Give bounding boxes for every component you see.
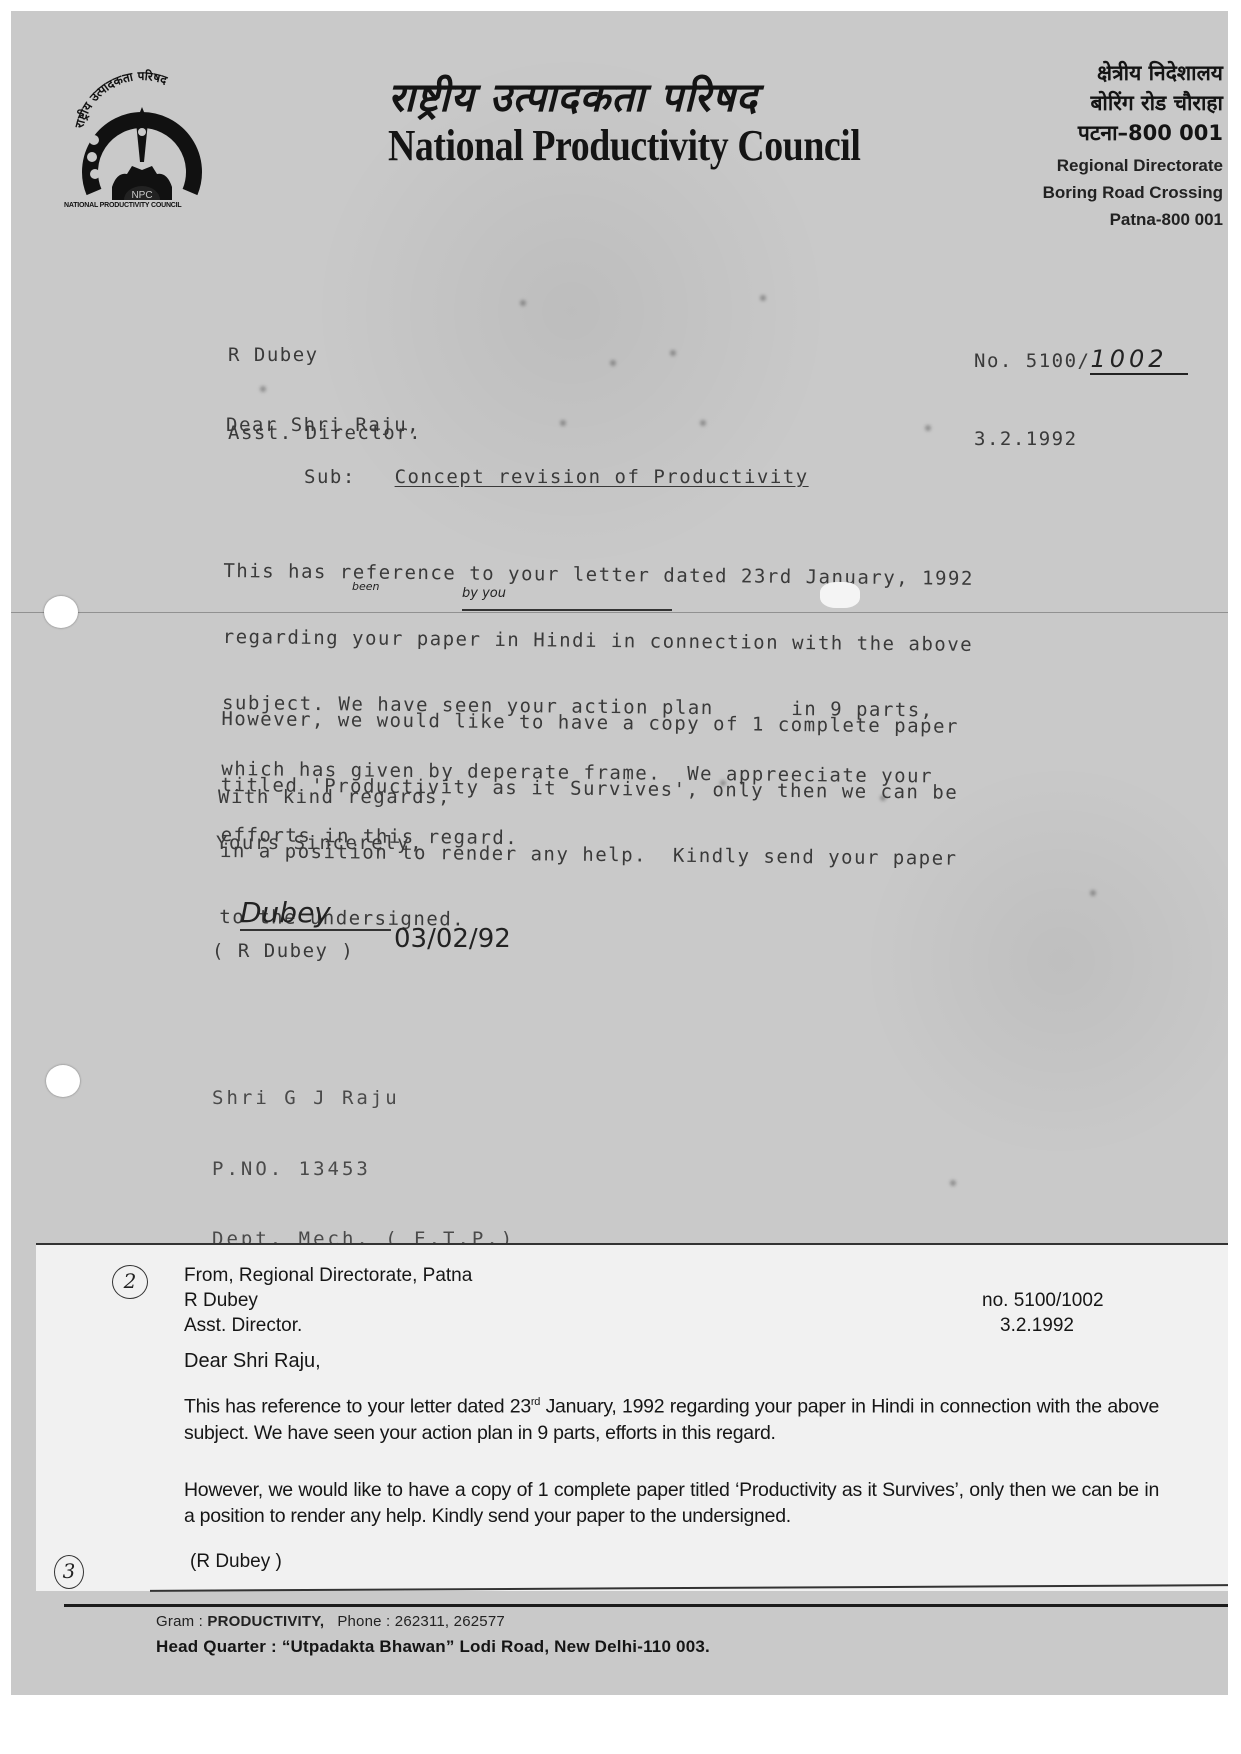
footer-hq-address: Head Quarter : “Utpadakta Bhawan” Lodi R…: [156, 1637, 710, 1657]
punch-hole: [46, 1065, 80, 1097]
letter-date: 3.2.1992: [974, 426, 1188, 452]
paper-speck: [1090, 890, 1096, 896]
sender-block: R Dubey Asst. Director.: [228, 290, 422, 472]
npc-emblem-icon: NPC राष्ट्रीय उत्पादकता परिषद: [62, 62, 222, 212]
signature-name: ( R Dubey ): [212, 940, 354, 962]
slip-signature: (R Dubey ): [190, 1551, 282, 1573]
paragraph-line: regarding your paper in Hindi in connect…: [223, 626, 974, 656]
address-english-line: Boring Road Crossing: [1043, 179, 1223, 206]
paper-speck: [950, 1180, 956, 1186]
address-english-line: Regional Directorate: [1043, 152, 1223, 179]
slip-sender-title: Asst. Director.: [184, 1315, 302, 1337]
subject-label: Sub:: [304, 466, 356, 488]
paper-speck: [610, 360, 616, 366]
paper-speck: [560, 420, 566, 426]
address-hindi-line: पटना–800 001: [1043, 118, 1223, 148]
reference-number: No. 5100/1002: [974, 346, 1188, 374]
recipient-line: P.NO. 13453: [212, 1158, 587, 1182]
paper-speck: [760, 295, 766, 301]
slip-date: 3.2.1992: [1000, 1315, 1074, 1337]
paragraph-line: This has reference to your letter dated …: [223, 560, 974, 590]
logo-caption: NATIONAL PRODUCTIVITY COUNCIL: [64, 202, 181, 209]
svg-text:NPC: NPC: [131, 190, 152, 201]
org-title-english: National Productivity Council: [388, 120, 860, 171]
slip-ref-number: no. 5100/1002: [982, 1290, 1104, 1312]
transcription-slip: 2 3 From, Regional Directorate, Patna R …: [36, 1243, 1228, 1591]
footer-rule: [64, 1604, 1228, 1607]
salutation: Dear Shri Raju,: [226, 414, 420, 436]
address-hindi-line: बोरिंग रोड चौराहा: [1043, 88, 1223, 118]
correction-whiteout: [820, 582, 860, 608]
handwritten-ref-number: 1002: [1090, 345, 1187, 375]
closing-regards: With kind regards,: [218, 786, 451, 808]
strikethrough-mark: [462, 609, 672, 611]
slip-paragraph-2: However, we would like to have a copy of…: [184, 1477, 1159, 1529]
paper-speck: [925, 425, 931, 431]
annotation-number-2: 2: [112, 1265, 148, 1299]
closing-sincerely: Yours Sincerely,: [216, 832, 423, 854]
subject-text: Concept revision of Productivity: [395, 466, 809, 488]
address-english-line: Patna-800 001: [1043, 206, 1223, 233]
paper-speck: [700, 420, 706, 426]
slip-from-line: From, Regional Directorate, Patna: [184, 1265, 472, 1287]
paper-speck: [670, 350, 676, 356]
footer-contact: Gram : PRODUCTIVITY, Phone : 262311, 262…: [156, 1613, 505, 1630]
handwritten-signature-date: 03/02/92: [394, 924, 511, 954]
subject-line: Sub: Concept revision of Productivity: [304, 466, 809, 488]
handwritten-insert-been: been: [352, 580, 380, 593]
address-hindi-line: क्षेत्रीय निदेशालय: [1043, 58, 1223, 88]
paper-speck: [520, 300, 526, 306]
sender-name: R Dubey: [228, 342, 422, 368]
slip-paragraph-1: This has reference to your letter dated …: [184, 1389, 1159, 1446]
punch-hole: [44, 596, 78, 628]
slip-sender-name: R Dubey: [184, 1290, 258, 1312]
annotation-number-3: 3: [54, 1555, 84, 1589]
handwritten-insert-by-you: by you: [462, 586, 506, 601]
paragraph-line: However, we would like to have a copy of…: [221, 708, 959, 738]
regional-address: क्षेत्रीय निदेशालय बोरिंग रोड चौराहा पटन…: [1043, 58, 1223, 233]
reference-block: No. 5100/1002 3.2.1992: [974, 294, 1188, 478]
org-title-hindi: राष्ट्रीय उत्पादकता परिषद: [388, 68, 758, 123]
slip-salutation: Dear Shri Raju,: [184, 1350, 321, 1373]
handwritten-signature: Dubey: [240, 896, 391, 931]
recipient-line: Shri G J Raju: [212, 1087, 587, 1111]
npc-logo: NPC राष्ट्रीय उत्पादकता परिषद: [62, 62, 222, 212]
